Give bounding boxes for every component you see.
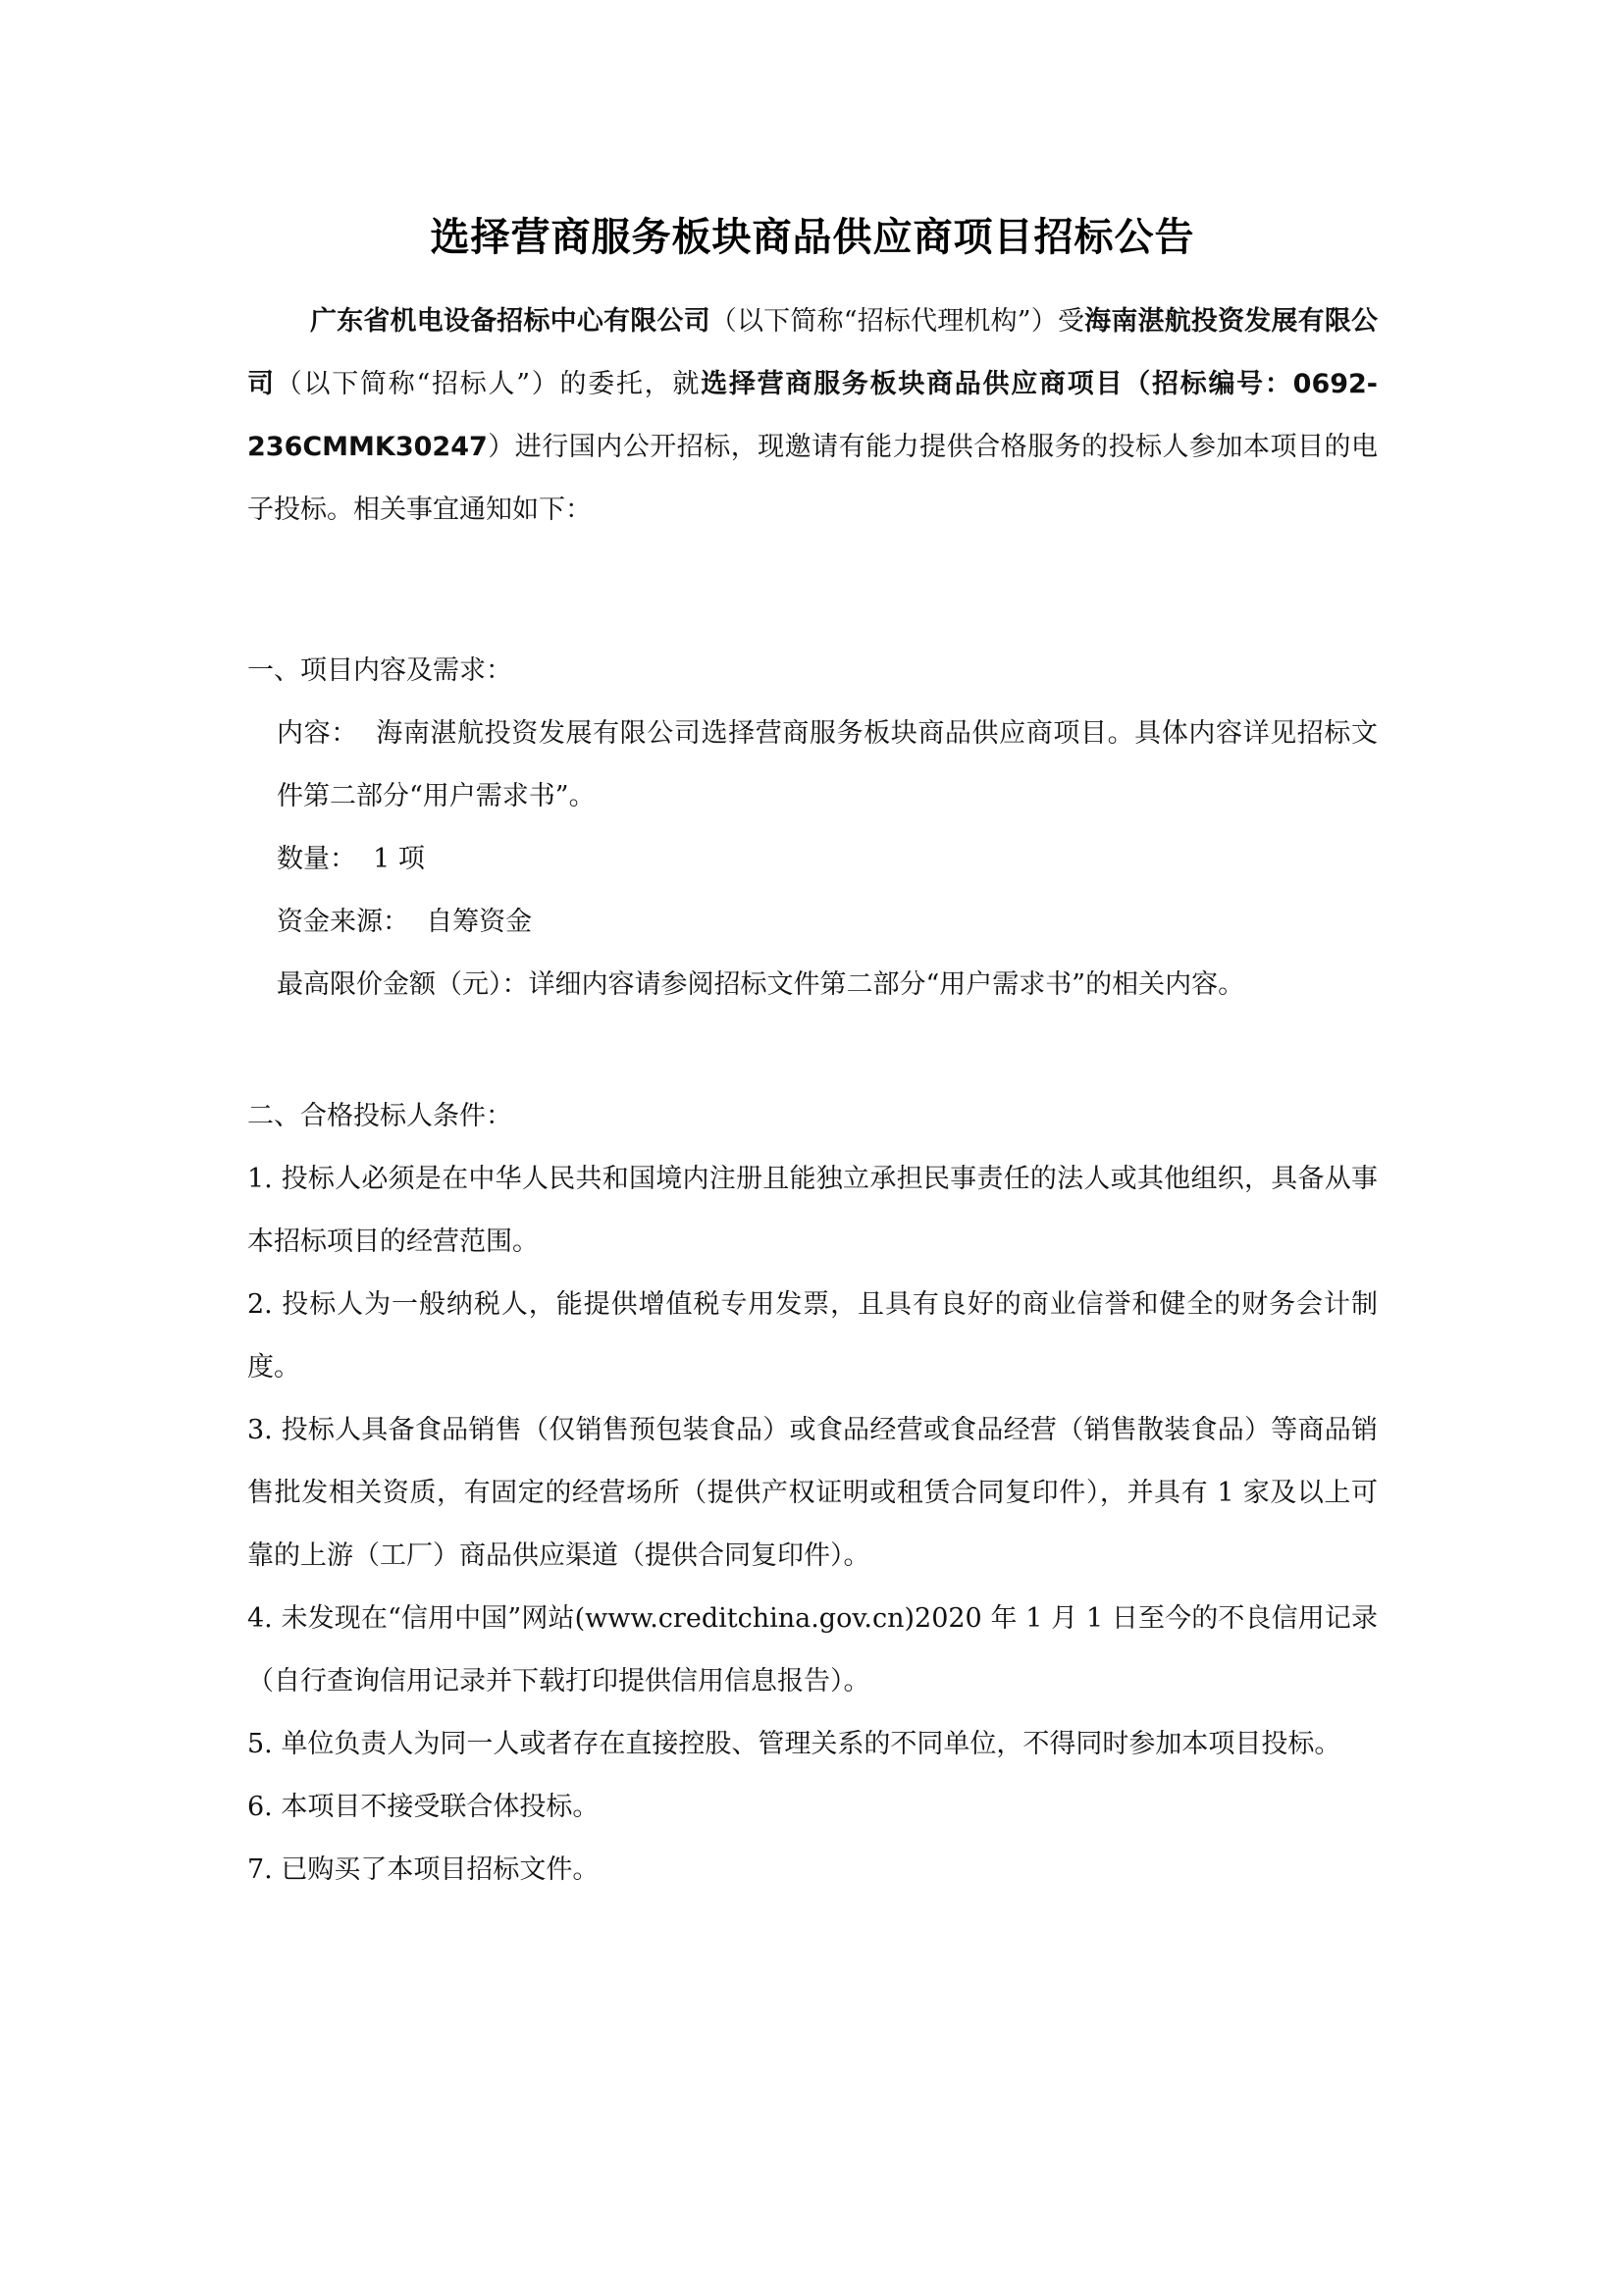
document-body: 广东省机电设备招标中心有限公司（以下简称“招标代理机构”）受海南湛航投资发展有限… bbox=[247, 290, 1378, 1902]
section1-item-content: 内容： 海南湛航投资发展有限公司选择营商服务板块商品供应商项目。具体内容详见招标… bbox=[247, 703, 1378, 828]
spacer bbox=[247, 542, 1378, 640]
qualification-item-5: 5. 单位负责人为同一人或者存在直接控股、管理关系的不同单位，不得同时参加本项目… bbox=[247, 1713, 1378, 1776]
qualification-item-3: 3. 投标人具备食品销售（仅销售预包装食品）或食品经营或食品经营（销售散装食品）… bbox=[247, 1399, 1378, 1588]
item-value: 详细内容请参阅招标文件第二部分“用户需求书”的相关内容。 bbox=[529, 969, 1245, 1000]
section1-item-quantity: 数量： 1 项 bbox=[247, 828, 1378, 891]
agency-name: 广东省机电设备招标中心有限公司 bbox=[310, 306, 710, 337]
item-label: 数量： bbox=[277, 844, 356, 874]
agency-alias: （以下简称“招标代理机构”）受 bbox=[710, 306, 1084, 337]
section1-heading: 一、项目内容及需求： bbox=[247, 640, 1378, 703]
item-value: 1 项 bbox=[373, 844, 425, 874]
qualification-item-2: 2. 投标人为一般纳税人，能提供增值税专用发票，且具有良好的商业信誉和健全的财务… bbox=[247, 1274, 1378, 1399]
item-value: 自筹资金 bbox=[426, 907, 532, 937]
spacer bbox=[247, 1017, 1378, 1085]
intro-paragraph: 广东省机电设备招标中心有限公司（以下简称“招标代理机构”）受海南湛航投资发展有限… bbox=[247, 290, 1378, 542]
item-label: 资金来源： bbox=[277, 907, 409, 937]
qualification-item-6: 6. 本项目不接受联合体投标。 bbox=[247, 1776, 1378, 1839]
item-label: 最高限价金额（元）： bbox=[277, 969, 529, 1000]
qualification-item-7: 7. 已购买了本项目招标文件。 bbox=[247, 1839, 1378, 1902]
item-value: 海南湛航投资发展有限公司选择营商服务板块商品供应商项目。具体内容详见招标文件第二… bbox=[277, 718, 1378, 811]
qualification-item-4: 4. 未发现在“信用中国”网站(www.creditchina.gov.cn)2… bbox=[247, 1588, 1378, 1713]
item-label: 内容： bbox=[277, 718, 358, 749]
section1-item-funding: 资金来源： 自筹资金 bbox=[247, 891, 1378, 954]
document-title: 选择营商服务板块商品供应商项目招标公告 bbox=[247, 208, 1378, 267]
section2-heading: 二、合格投标人条件： bbox=[247, 1085, 1378, 1148]
qualification-item-1: 1. 投标人必须是在中华人民共和国境内注册且能独立承担民事责任的法人或其他组织，… bbox=[247, 1148, 1378, 1274]
section1-item-max-price: 最高限价金额（元）：详细内容请参阅招标文件第二部分“用户需求书”的相关内容。 bbox=[247, 954, 1378, 1017]
tenderer-alias: （以下简称“招标人”）的委托，就 bbox=[276, 369, 701, 399]
